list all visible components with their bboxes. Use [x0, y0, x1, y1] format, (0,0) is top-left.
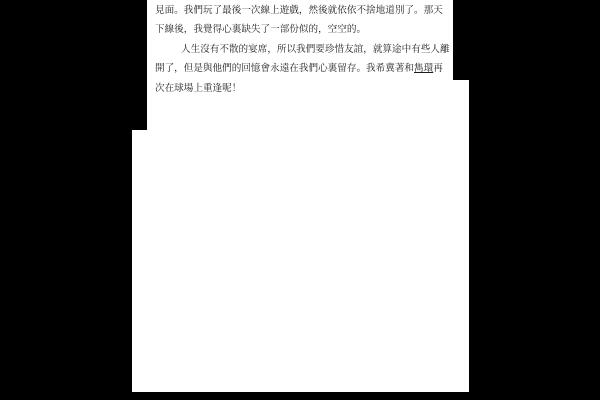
document-page: 見面。我們玩了最後一次線上遊戲，然後就依依不捨地道別了。那天 下線後，我覺得心裏…	[0, 0, 600, 392]
text-segment: 再	[433, 63, 443, 74]
essay-text: 見面。我們玩了最後一次線上遊戲，然後就依依不捨地道別了。那天 下線後，我覺得心裏…	[155, 1, 447, 98]
underlined-name: 雋環	[414, 63, 433, 74]
text-line: 下線後，我覺得心裏缺失了一部份似的，空空的。	[155, 20, 447, 39]
text-line: 見面。我們玩了最後一次線上遊戲，然後就依依不捨地道別了。那天	[155, 1, 447, 20]
text-line: 次在球場上重逢呢！	[155, 79, 447, 98]
text-line: 人生沒有不散的宴席，所以我們要珍惜友誼，就算途中有些人離	[155, 40, 447, 59]
text-line: 開了，但是與他們的回憶會永遠在我們心裏留存。我希冀著和雋環再	[155, 59, 447, 78]
text-segment: 開了，但是與他們的回憶會永遠在我們心裏留存。我希冀著和	[155, 63, 414, 74]
viewer-canvas: 見面。我們玩了最後一次線上遊戲，然後就依依不捨地道別了。那天 下線後，我覺得心裏…	[0, 0, 600, 400]
